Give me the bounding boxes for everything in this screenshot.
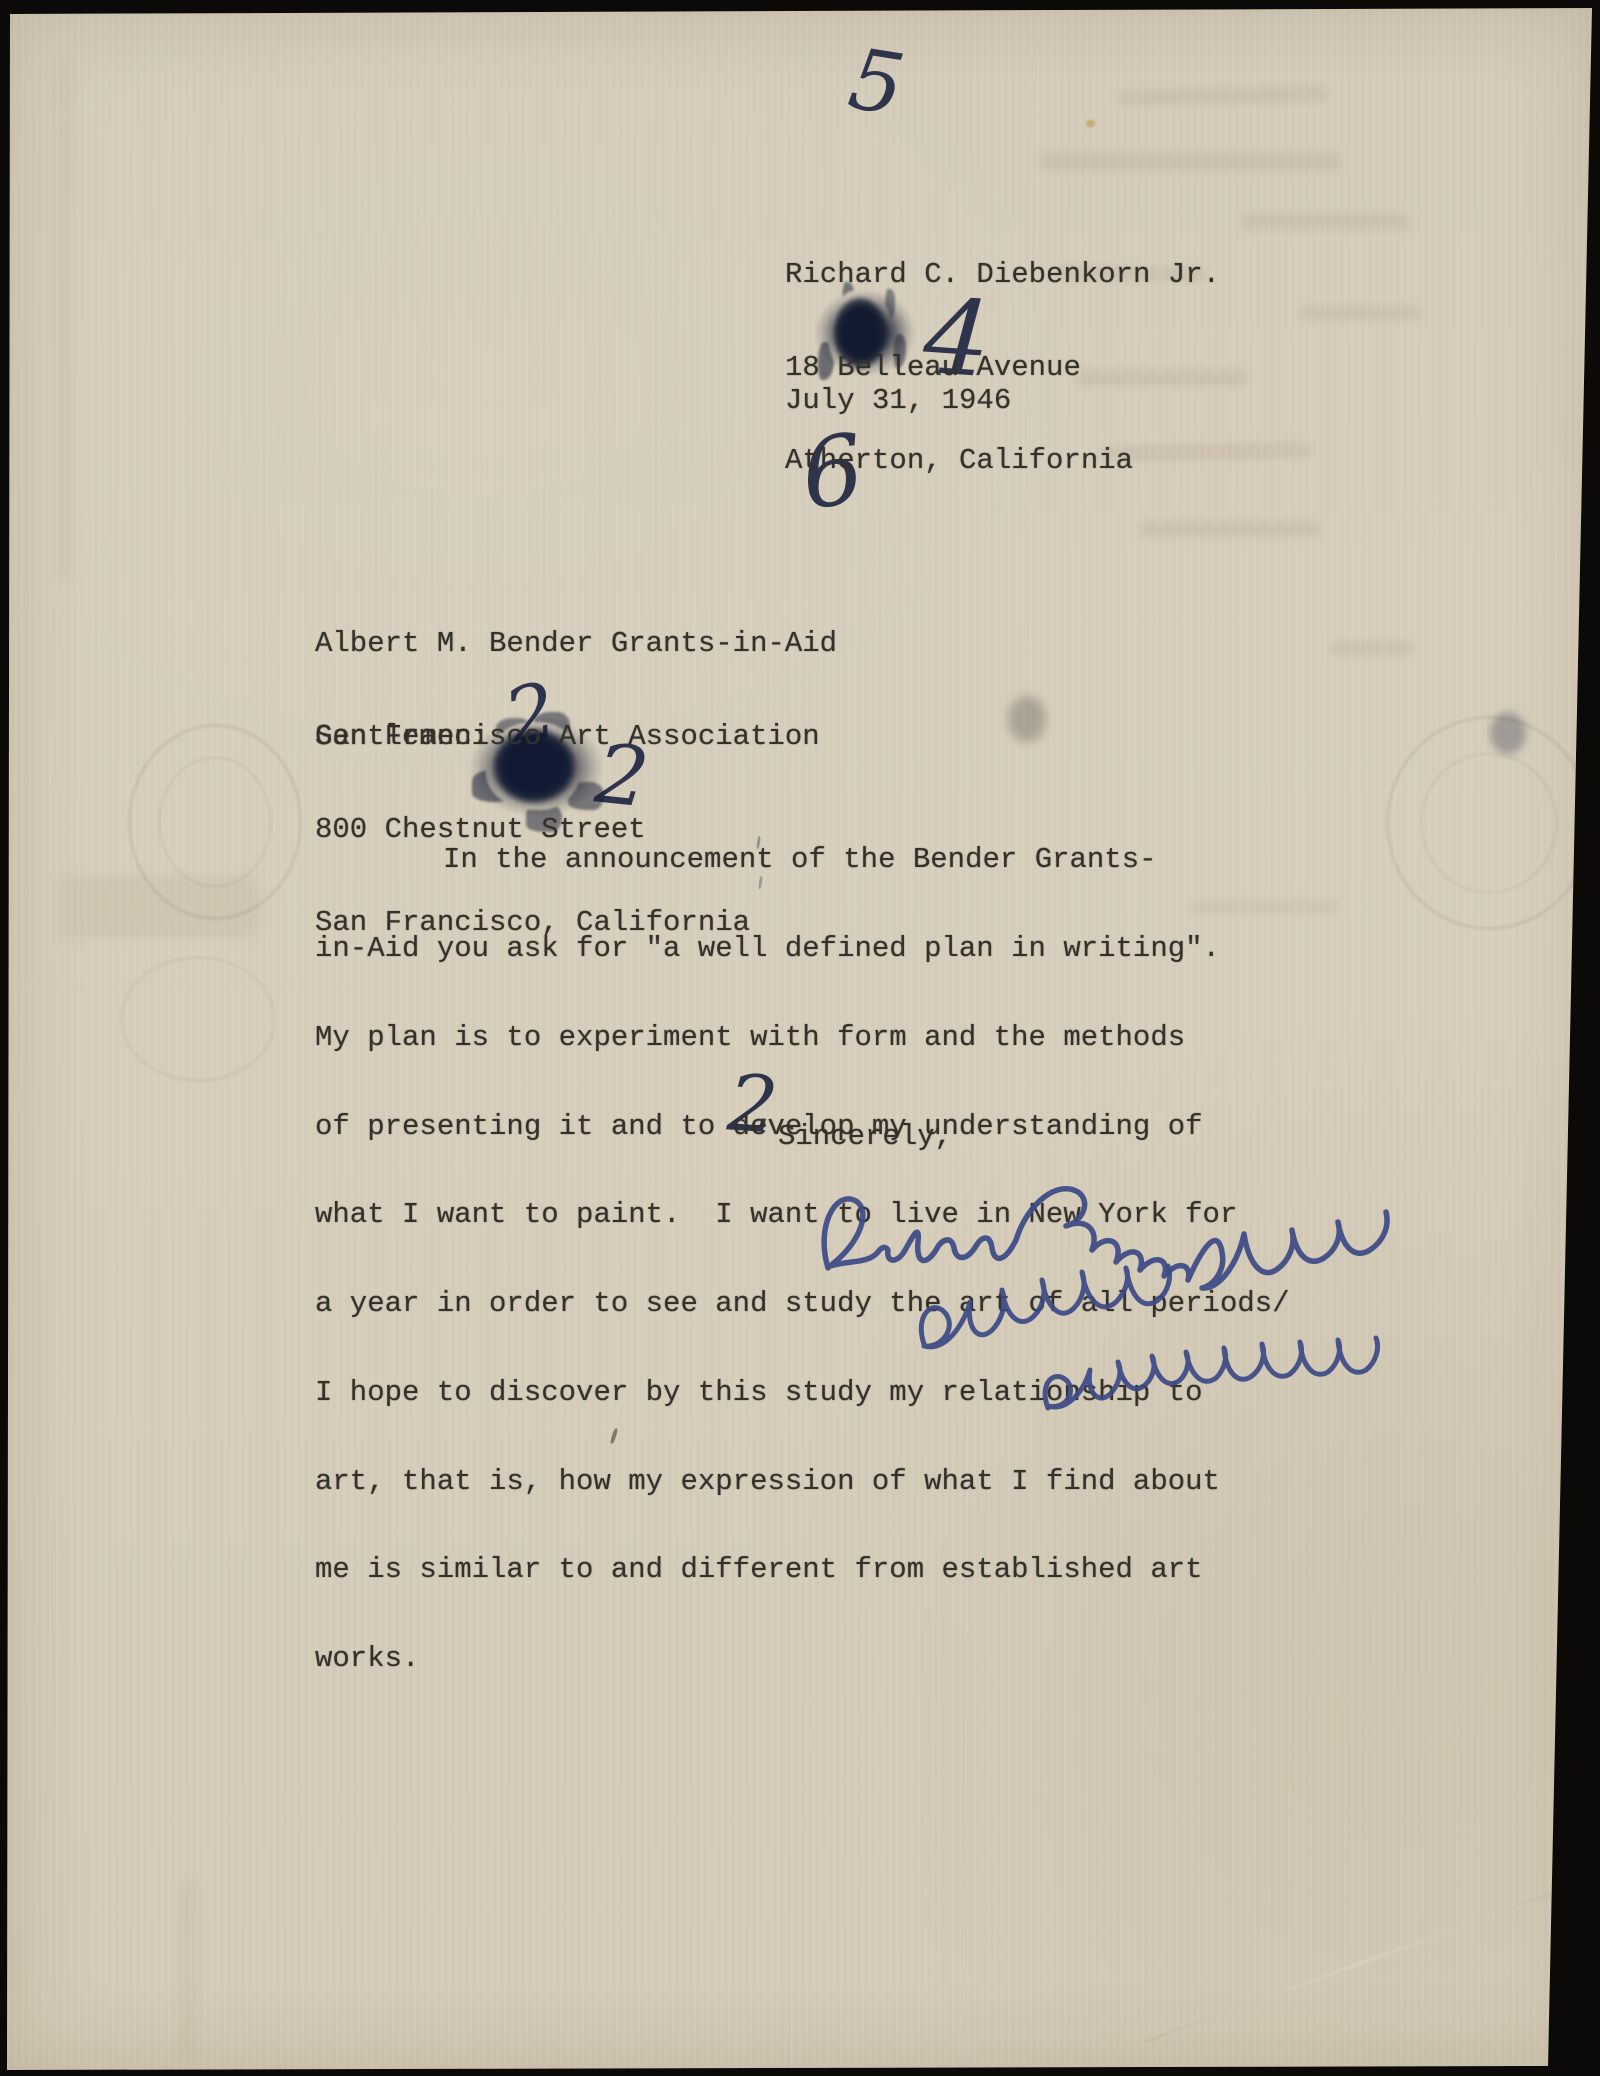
scanned-letter-page: 5 4 6 2 2 2 Richard C. Diebenkorn Jr. 18…	[0, 0, 1600, 2076]
embossed-seal-left-inner	[158, 756, 272, 888]
body-line: in-Aid you ask for "a well defined plan …	[315, 934, 1290, 964]
body-line: My plan is to experiment with form and t…	[315, 1023, 1290, 1053]
fold-crease-diagonal	[1144, 1880, 1587, 2044]
bleed-through-smudge	[1300, 306, 1420, 320]
paper-fiber-streak	[58, 60, 72, 580]
paper-sheet: 5 4 6 2 2 2 Richard C. Diebenkorn Jr. 18…	[0, 0, 1600, 2076]
closing: Sincerely,	[778, 1122, 952, 1152]
bleed-through-smudge	[1118, 86, 1328, 106]
sender-street: 18 Belleau Avenue	[785, 352, 1220, 383]
body-line: In the announcement of the Bender Grants…	[315, 845, 1290, 875]
body-line: me is similar to and different from esta…	[315, 1555, 1290, 1585]
paper-fiber-streak	[180, 1880, 196, 2060]
body-line: works.	[315, 1644, 1290, 1674]
bleed-through-smudge	[1240, 214, 1410, 230]
bleed-through-smudge	[1040, 152, 1340, 170]
sender-city: Atherton, California	[785, 445, 1220, 476]
embossed-seal-right-inner	[1420, 752, 1558, 894]
recipient-line: Albert M. Bender Grants-in-Aid	[315, 628, 837, 659]
sender-address-block: Richard C. Diebenkorn Jr. 18 Belleau Ave…	[785, 197, 1220, 538]
body-line: art, that is, how my expression of what …	[315, 1467, 1290, 1497]
handwritten-number-5: 5	[844, 36, 910, 127]
bleed-through-smudge	[1330, 642, 1414, 655]
ink-smudge	[1490, 712, 1526, 754]
paper-stain	[1086, 120, 1095, 127]
fold-crease-horizontal	[8, 984, 348, 987]
signature	[790, 1168, 1430, 1428]
ink-smudge	[1008, 696, 1046, 742]
salutation: Gentlemen:	[315, 722, 489, 752]
sender-name: Richard C. Diebenkorn Jr.	[785, 259, 1220, 290]
embossed-seal-left-lower	[120, 956, 276, 1082]
date-line: July 31, 1946	[785, 386, 1011, 416]
